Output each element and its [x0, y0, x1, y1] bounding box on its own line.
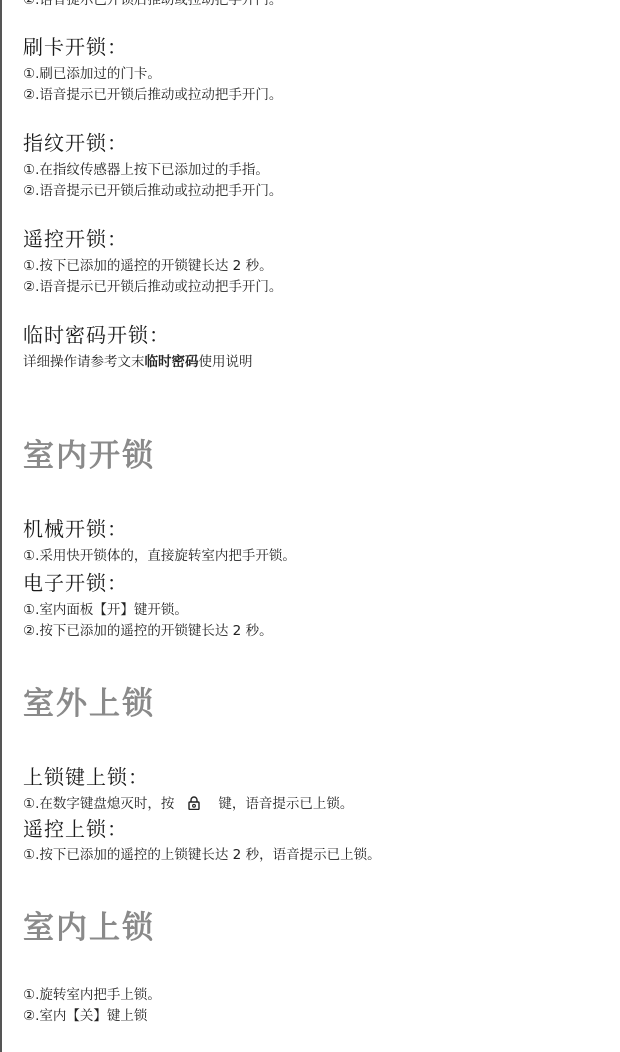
lock-key-step-prefix: ①.在数字键盘熄灭时，按 — [23, 796, 174, 812]
card-unlock-title: 刷卡开锁： — [23, 31, 128, 60]
temp-password-desc: 详细操作请参考文末临时密码使用说明 — [23, 350, 253, 370]
lock-key-lock-title: 上锁键上锁： — [23, 761, 149, 790]
indoor-lock-step-1: ①.旋转室内把手上锁。 — [23, 983, 161, 1003]
temp-password-desc-bold: 临时密码 — [145, 354, 199, 370]
temp-password-desc-prefix: 详细操作请参考文末 — [23, 354, 145, 370]
indoor-unlock-heading: 室内开锁 — [23, 430, 155, 475]
remote-unlock-title: 遥控开锁： — [23, 223, 128, 252]
electronic-unlock-title: 电子开锁： — [23, 567, 128, 596]
fingerprint-unlock-step-1: ①.在指纹传感器上按下已添加过的手指。 — [23, 158, 269, 178]
temp-password-unlock-title: 临时密码开锁： — [23, 319, 170, 348]
lock-icon — [188, 796, 200, 810]
remote-lock-step-1: ①.按下已添加的遥控的上锁键长达 2 秒，语音提示已上锁。 — [23, 843, 381, 863]
mechanical-unlock-step-1: ①.采用快开锁体的，直接旋转室内把手开锁。 — [23, 544, 296, 564]
fingerprint-unlock-step-2: ②.语音提示已开锁后推动或拉动把手开门。 — [23, 179, 282, 199]
remote-unlock-step-2: ②.语音提示已开锁后推动或拉动把手开门。 — [23, 275, 282, 295]
outdoor-lock-heading: 室外上锁 — [23, 678, 155, 723]
remote-lock-title: 遥控上锁： — [23, 813, 128, 842]
fingerprint-unlock-title: 指纹开锁： — [23, 127, 128, 156]
electronic-unlock-step-2: ②.按下已添加的遥控的开锁键长达 2 秒。 — [23, 619, 273, 639]
card-unlock-step-1: ①.刷已添加过的门卡。 — [23, 62, 161, 82]
mechanical-unlock-title: 机械开锁： — [23, 513, 128, 542]
page-left-border — [0, 0, 2, 1052]
card-unlock-step-2: ②.语音提示已开锁后推动或拉动把手开门。 — [23, 83, 282, 103]
temp-password-desc-suffix: 使用说明 — [199, 354, 253, 370]
cut-off-line: ②.语音提示已开锁后推动或拉动把手开门。 — [23, 0, 282, 8]
lock-key-step-suffix: 键，语音提示已上锁。 — [218, 796, 353, 812]
indoor-lock-heading: 室内上锁 — [23, 902, 155, 947]
lock-key-lock-step-1: ①.在数字键盘熄灭时，按键，语音提示已上锁。 — [23, 792, 353, 812]
indoor-lock-step-2: ②.室内【关】键上锁 — [23, 1004, 147, 1024]
electronic-unlock-step-1: ①.室内面板【开】键开锁。 — [23, 598, 188, 618]
remote-unlock-step-1: ①.按下已添加的遥控的开锁键长达 2 秒。 — [23, 254, 273, 274]
